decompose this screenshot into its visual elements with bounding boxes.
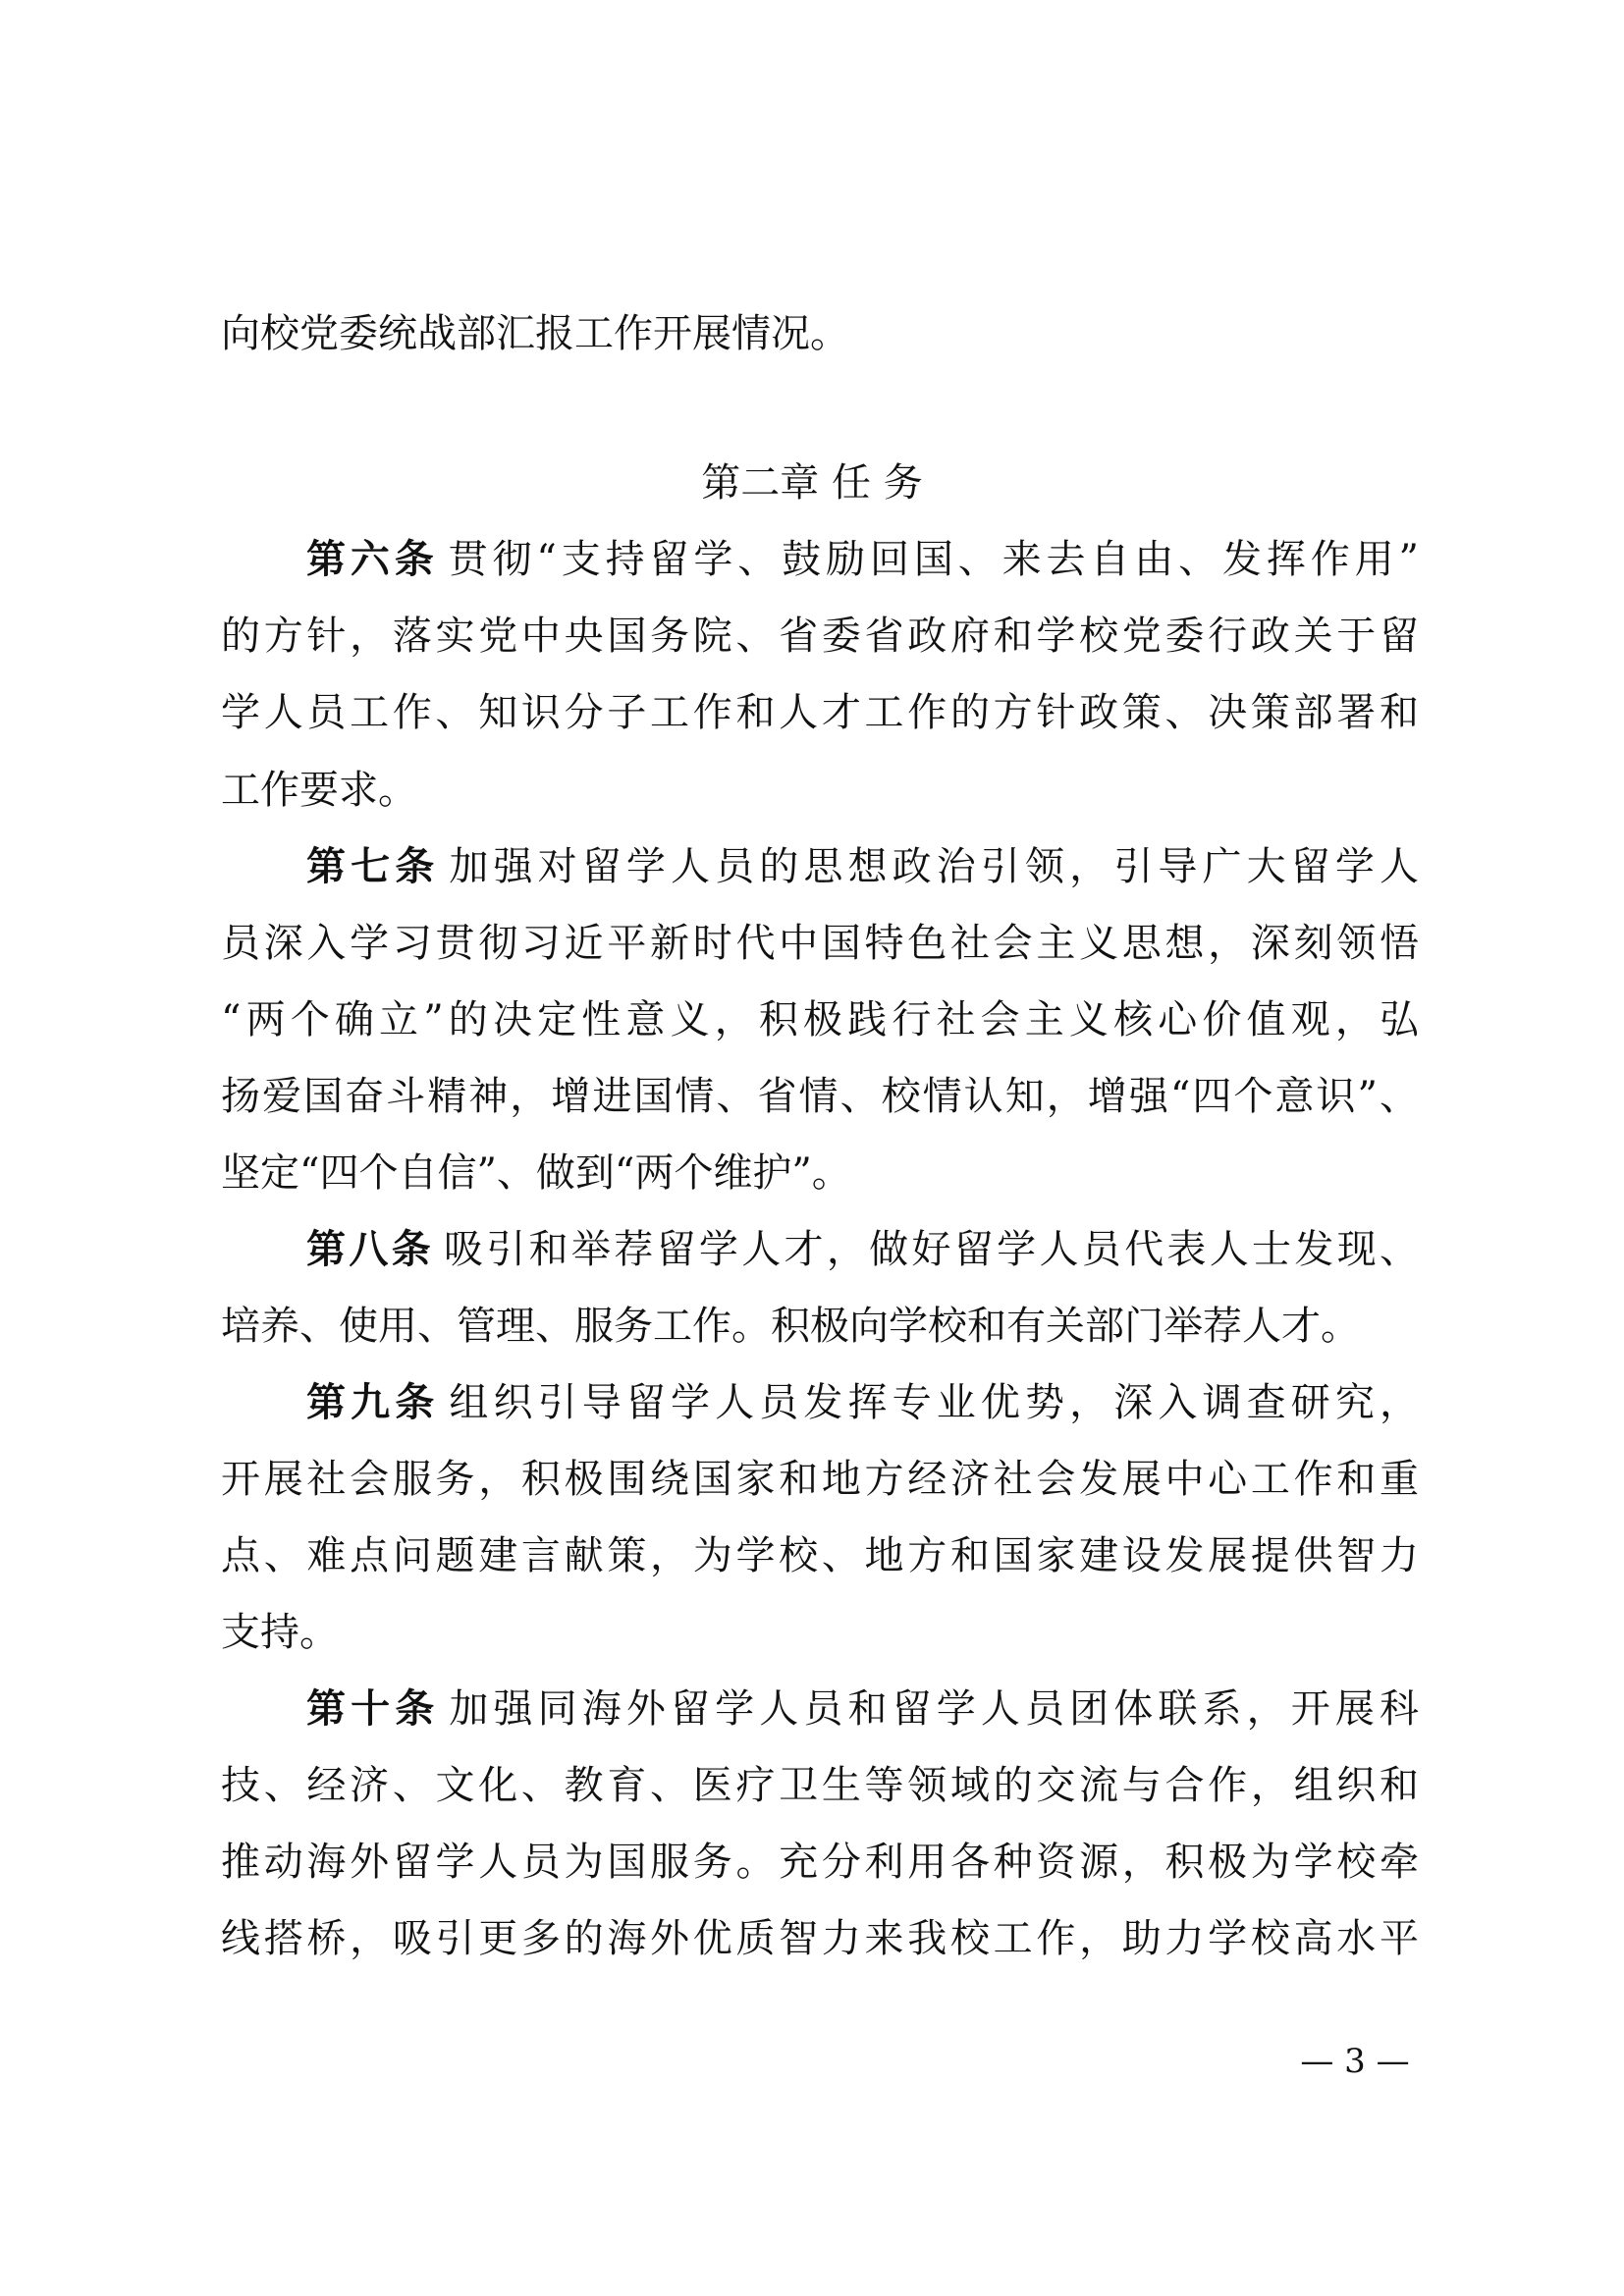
document-page: 向校党委统战部汇报工作开展情况。 第二章 任 务 第六条贯彻“支持留学、鼓励回国… <box>0 0 1624 2296</box>
article-10-first-line: 第十条加强同海外留学人员和留学人员团体联系，开展科 <box>306 1687 1419 1731</box>
article-7-line: “两个确立”的决定性意义，积极践行社会主义核心价值观，弘 <box>221 998 1419 1041</box>
page-number: — 3 — <box>1286 2042 1424 2081</box>
article-7-first-line: 第七条加强对留学人员的思想政治引领，引导广大留学人 <box>306 845 1419 888</box>
chapter-heading: 第二章 任 务 <box>0 461 1624 505</box>
article-9-line: 开展社会服务，积极围绕国家和地方经济社会发展中心工作和重 <box>221 1458 1419 1501</box>
article-9-line: 点、难点问题建言献策，为学校、地方和国家建设发展提供智力 <box>221 1534 1419 1577</box>
article-label: 第六条 <box>306 537 439 582</box>
article-label: 第十条 <box>306 1686 439 1732</box>
article-10-line: 线搭桥，吸引更多的海外优质智力来我校工作，助力学校高水平 <box>221 1917 1419 1960</box>
article-text: 加强对留学人员的思想政治引领，引导广大留学人 <box>449 844 1419 889</box>
article-10-line: 技、经济、文化、教育、医疗卫生等领域的交流与合作，组织和 <box>221 1764 1419 1807</box>
article-text: 组织引导留学人员发挥专业优势，深入调查研究， <box>449 1380 1419 1425</box>
article-text: 加强同海外留学人员和留学人员团体联系，开展科 <box>449 1686 1419 1732</box>
article-label: 第八条 <box>306 1227 434 1272</box>
article-label: 第九条 <box>306 1380 439 1425</box>
article-10-line: 推动海外留学人员为国服务。充分利用各种资源，积极为学校牵 <box>221 1841 1419 1884</box>
article-6-first-line: 第六条贯彻“支持留学、鼓励回国、来去自由、发挥作用” <box>306 538 1419 581</box>
article-text: 贯彻“支持留学、鼓励回国、来去自由、发挥作用” <box>449 537 1419 582</box>
article-9-first-line: 第九条组织引导留学人员发挥专业优势，深入调查研究， <box>306 1381 1419 1424</box>
article-6-line: 工作要求。 <box>221 769 1419 812</box>
article-9-line: 支持。 <box>221 1611 1419 1654</box>
article-7-line: 坚定“四个自信”、做到“两个维护”。 <box>221 1151 1419 1195</box>
article-text: 吸引和举荐留学人才，做好留学人员代表人士发现、 <box>444 1227 1419 1272</box>
paragraph-continuation: 向校党委统战部汇报工作开展情况。 <box>221 312 1419 355</box>
article-8-first-line: 第八条吸引和举荐留学人才，做好留学人员代表人士发现、 <box>306 1228 1419 1271</box>
article-6-line: 学人员工作、知识分子工作和人才工作的方针政策、决策部署和 <box>221 691 1419 734</box>
article-6-line: 的方针，落实党中央国务院、省委省政府和学校党委行政关于留 <box>221 614 1419 658</box>
article-label: 第七条 <box>306 844 439 889</box>
article-8-line: 培养、使用、管理、服务工作。积极向学校和有关部门举荐人才。 <box>221 1305 1419 1348</box>
article-7-line: 员深入学习贯彻习近平新时代中国特色社会主义思想，深刻领悟 <box>221 922 1419 965</box>
article-7-line: 扬爱国奋斗精神，增进国情、省情、校情认知，增强“四个意识”、 <box>221 1075 1419 1118</box>
